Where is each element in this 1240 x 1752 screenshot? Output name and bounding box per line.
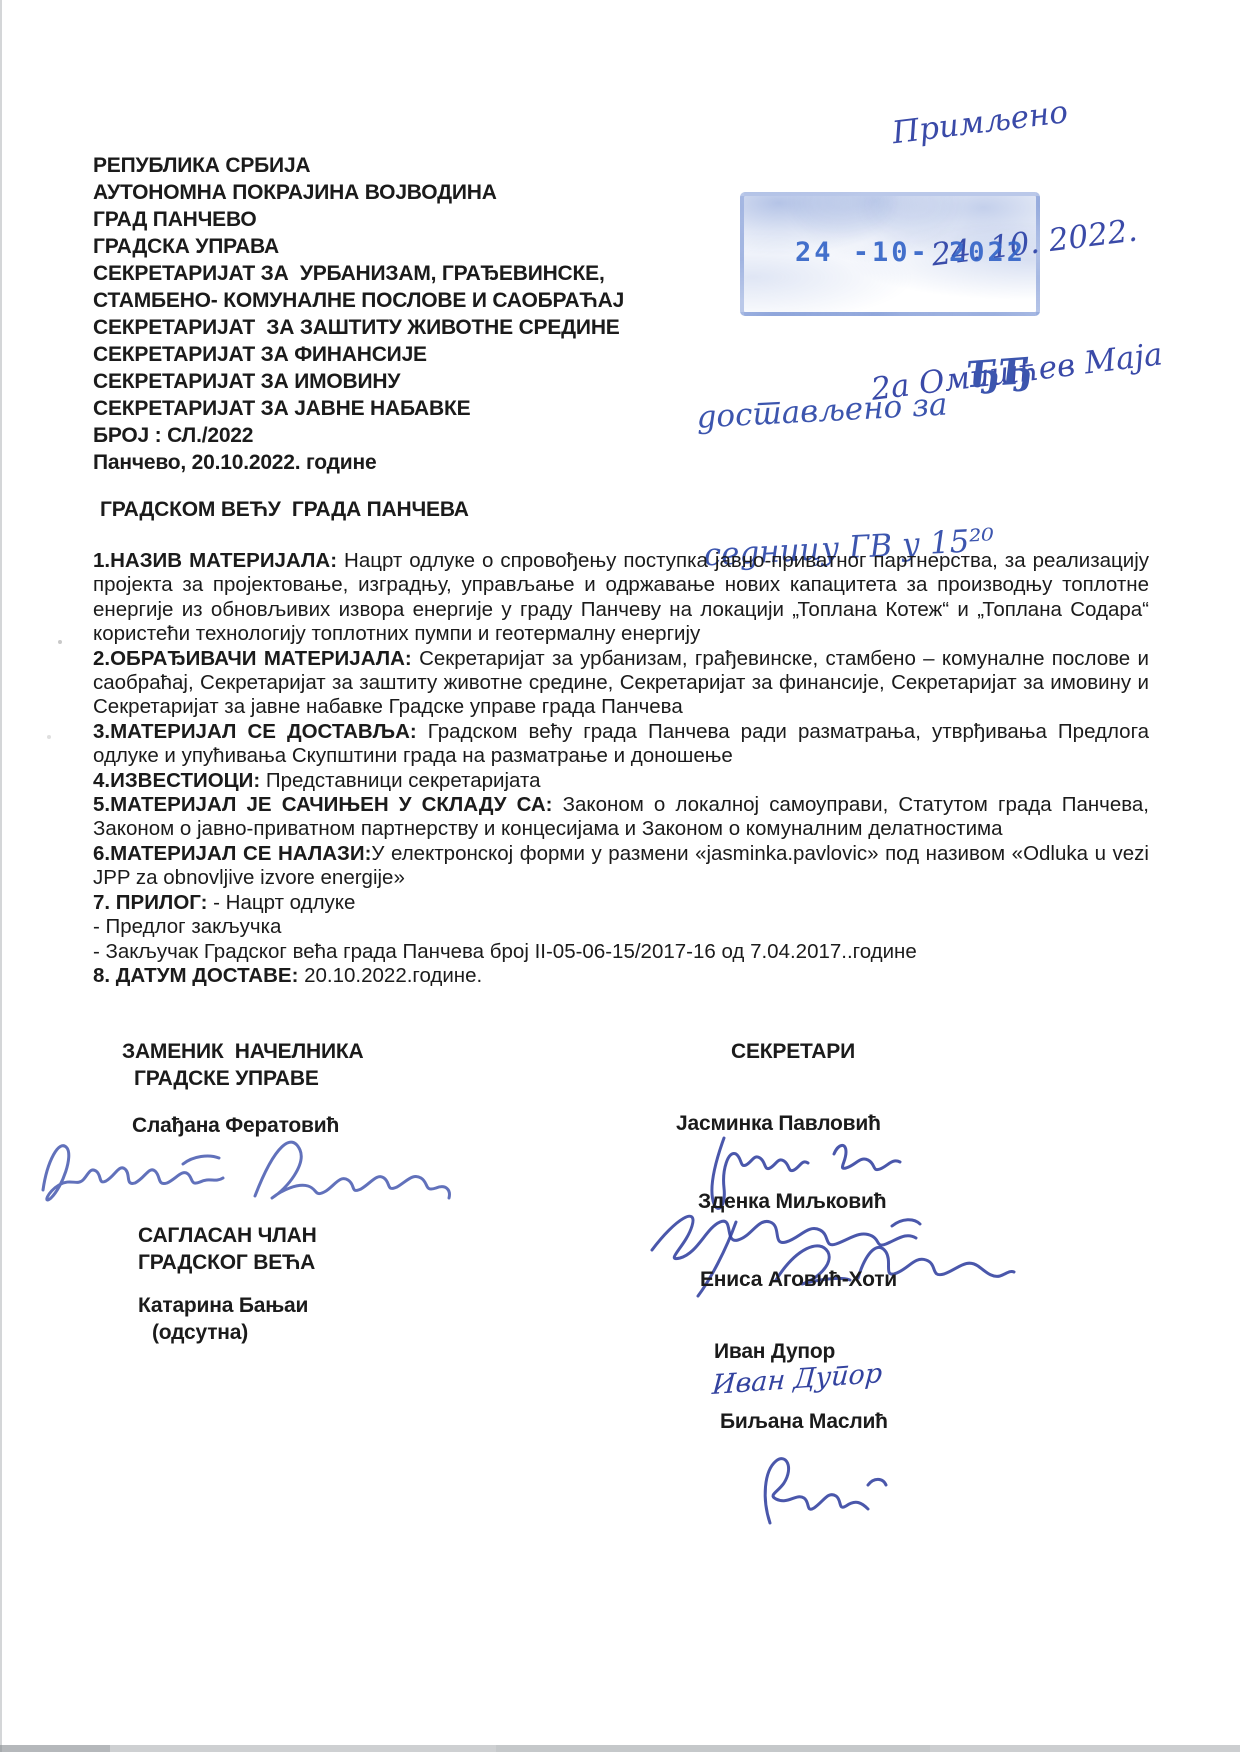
body-paragraph: 2.ОБРАЂИВАЧИ МАТЕРИЈАЛА: Секретаријат за… — [93, 647, 1149, 720]
paragraph-text: Представници секретаријата — [260, 769, 540, 792]
letterhead-line: ГРАД ПАНЧЕВО — [93, 206, 624, 233]
agreed-member-line2: ГРАДСКОГ ВЕЋА — [138, 1251, 315, 1275]
letterhead-line: СЕКРЕТАРИЈАТ ЗА ФИНАНСИЈЕ — [93, 341, 624, 368]
body-paragraph: 4.ИЗВЕСТИОЦИ: Представници секретаријата — [93, 769, 1149, 793]
paragraph-text: - Закључак Градског већа града Панчева б… — [93, 940, 917, 963]
signer-name-maslic: Биљана Маслић — [720, 1410, 888, 1434]
paragraph-label: 5.МАТЕРИЈАЛ ЈЕ САЧИЊЕН У СКЛАДУ СА: — [93, 793, 553, 816]
agreed-member-line1: САГЛАСАН ЧЛАН — [138, 1224, 317, 1248]
body-paragraph: 6.МАТЕРИЈАЛ СЕ НАЛАЗИ:У електронској фор… — [93, 842, 1149, 891]
signer-name-agovic-hoti: Ениса Аговић-Хоти — [700, 1268, 897, 1292]
scan-speck — [58, 640, 62, 644]
letterhead-line: ГРАДСКА УПРАВА — [93, 233, 624, 260]
paragraph-label: 8. ДАТУМ ДОСТАВЕ: — [93, 964, 298, 987]
scan-edge-artifact — [0, 1745, 1240, 1752]
paragraph-label: 4.ИЗВЕСТИОЦИ: — [93, 769, 260, 792]
place-and-date: Панчево, 20.10.2022. године — [93, 449, 624, 476]
role-deputy-chief-line1: ЗАМЕНИК НАЧЕЛНИКА — [122, 1040, 363, 1064]
letterhead-line: СЕКРЕТАРИЈАТ ЗА ИМОВИНУ — [93, 368, 624, 395]
paragraph-text: - Нацрт одлуке — [207, 891, 355, 914]
letterhead-line: СЕКРЕТАРИЈАТ ЗА ЈАВНЕ НАБАВКЕ — [93, 395, 624, 422]
absent-note: (одсутна) — [152, 1321, 248, 1345]
signature-feratovic — [35, 1128, 455, 1228]
signature-dupor: Иван Дупор — [711, 1358, 883, 1401]
paragraph-label: 6.МАТЕРИЈАЛ СЕ НАЛАЗИ: — [93, 842, 371, 865]
body-paragraph: - Закључак Градског већа града Панчева б… — [93, 940, 1149, 964]
scanned-document-page: Примљено 24. 10. 2022. 2а Омишћев Маја 2… — [0, 0, 1240, 1752]
role-deputy-chief-line2: ГРАДСКЕ УПРАВЕ — [134, 1067, 319, 1091]
secretaries-heading: СЕКРЕТАРИ — [731, 1040, 855, 1064]
signer-name-dupor: Иван Дупор — [714, 1340, 835, 1364]
paragraph-text: - Предлог закључка — [93, 915, 281, 938]
paragraph-label: 3.МАТЕРИЈАЛ СЕ ДОСТАВЉА: — [93, 720, 417, 743]
scan-speck — [47, 735, 51, 739]
document-number: БРОЈ : СЛ./2022 — [93, 422, 624, 449]
received-note-line: Примљено — [838, 83, 1134, 160]
paragraph-text: 20.10.2022.године. — [298, 964, 482, 987]
body-paragraph: 7. ПРИЛОГ: - Нацрт одлуке — [93, 891, 1149, 915]
body-paragraph: 8. ДАТУМ ДОСТАВЕ: 20.10.2022.године. — [93, 964, 1149, 988]
letterhead-line: РЕПУБЛИКА СРБИЈА — [93, 152, 624, 179]
letterhead-line: АУТОНОМНА ПОКРАЈИНА ВОЈВОДИНА — [93, 179, 624, 206]
signer-name-banjai: Катарина Бањаи — [138, 1294, 308, 1318]
signature-maslic — [742, 1445, 912, 1530]
document-body: 1.НАЗИВ МАТЕРИЈАЛА: Нацрт одлуке о спров… — [93, 549, 1149, 988]
letterhead-line: СЕКРЕТАРИЈАТ ЗА ЗАШТИТУ ЖИВОТНЕ СРЕДИНЕ — [93, 314, 624, 341]
addressee-title: ГРАДСКОМ ВЕЋУ ГРАДА ПАНЧЕВА — [100, 498, 469, 522]
letterhead-line: СЕКРЕТАРИЈАТ ЗА УРБАНИЗАМ, ГРАЂЕВИНСКЕ, — [93, 260, 624, 287]
body-paragraph: 5.МАТЕРИЈАЛ ЈЕ САЧИЊЕН У СКЛАДУ СА: Зако… — [93, 793, 1149, 842]
body-paragraph: 3.МАТЕРИЈАЛ СЕ ДОСТАВЉА: Градском већу г… — [93, 720, 1149, 769]
letterhead: РЕПУБЛИКА СРБИЈА АУТОНОМНА ПОКРАЈИНА ВОЈ… — [93, 152, 624, 476]
stamp-note-line: достављено за — [695, 380, 988, 441]
date-stamp-date: 24 -10- 2022 — [795, 237, 1026, 268]
body-paragraph: - Предлог закључка — [93, 915, 1149, 939]
scan-edge-artifact — [0, 0, 2, 1752]
letterhead-line: СТАМБЕНО- КОМУНАЛНЕ ПОСЛОВЕ И САОБРАЋАЈ — [93, 287, 624, 314]
paragraph-label: 1.НАЗИВ МАТЕРИЈАЛА: — [93, 549, 337, 572]
paragraph-label: 2.ОБРАЂИВАЧИ МАТЕРИЈАЛА: — [93, 647, 412, 670]
paragraph-label: 7. ПРИЛОГ: — [93, 891, 207, 914]
body-paragraph: 1.НАЗИВ МАТЕРИЈАЛА: Нацрт одлуке о спров… — [93, 549, 1149, 647]
stamp-initials: ЂЂ — [967, 350, 1035, 396]
